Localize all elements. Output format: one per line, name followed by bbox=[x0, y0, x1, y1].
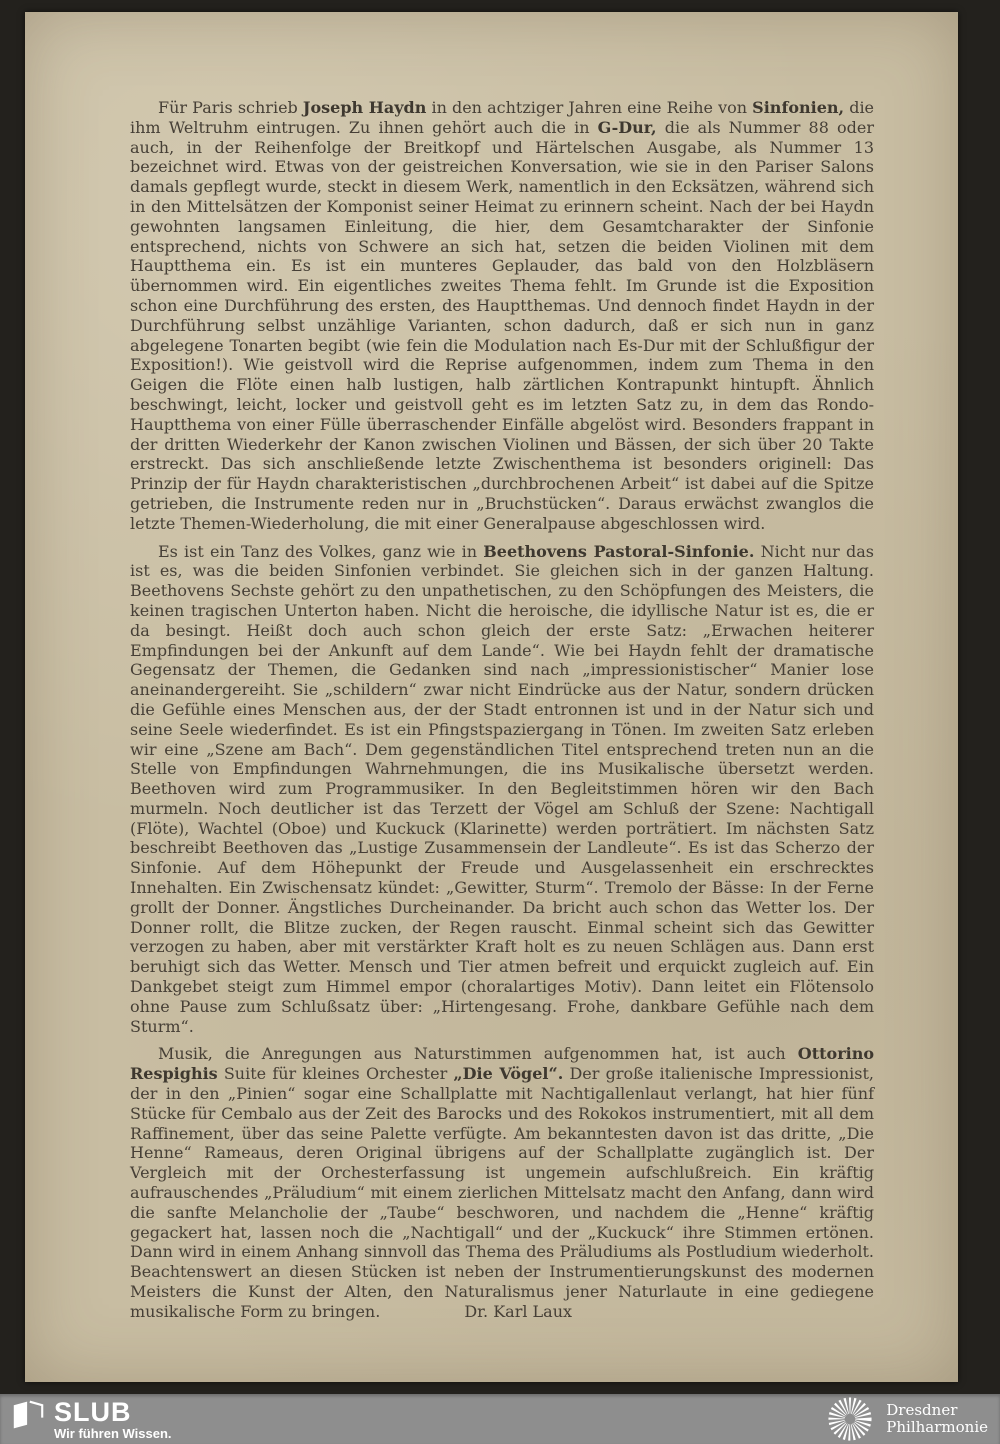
program-notes-text: Für Paris schrieb Joseph Haydn in den ac… bbox=[130, 98, 874, 1322]
slub-logo-text: SLUB bbox=[54, 1397, 172, 1427]
philharmonie-text-block: Dresdner Philharmonie bbox=[886, 1402, 988, 1436]
text-segment: Für Paris schrieb bbox=[158, 98, 303, 117]
text-segment: Der große italienische Impressionist, de… bbox=[130, 1064, 874, 1321]
slub-text-block: SLUB Wir führen Wissen. bbox=[54, 1397, 172, 1441]
text-segment-bold: Joseph Haydn bbox=[303, 98, 426, 117]
philharmonie-branding: Dresdner Philharmonie bbox=[827, 1396, 988, 1442]
text-segment: in den achtziger Jahren eine Reihe von bbox=[426, 98, 752, 117]
text-segment-bold: „Die Vögel“. bbox=[453, 1064, 563, 1083]
slub-tagline: Wir führen Wissen. bbox=[54, 1427, 172, 1441]
sunburst-icon bbox=[827, 1396, 873, 1442]
text-segment-bold: Sinfonien, bbox=[752, 98, 844, 117]
text-segment: die als Nummer 88 oder auch, in der Reih… bbox=[130, 118, 874, 533]
text-segment: Nicht nur das ist es, was die beiden Sin… bbox=[130, 542, 874, 1036]
paragraph-haydn: Für Paris schrieb Joseph Haydn in den ac… bbox=[130, 98, 874, 534]
text-segment: Suite für kleines Orchester bbox=[218, 1064, 454, 1083]
philharmonie-name-line1: Dresdner bbox=[886, 1402, 988, 1419]
slub-branding: SLUB Wir führen Wissen. bbox=[12, 1397, 172, 1441]
author-signature: Dr. Karl Laux bbox=[464, 1302, 572, 1322]
paragraph-beethoven: Es ist ein Tanz des Volkes, ganz wie in … bbox=[130, 542, 874, 1037]
text-segment: Musik, die Anregungen aus Naturstimmen a… bbox=[158, 1044, 798, 1063]
philharmonie-name-line2: Philharmonie bbox=[886, 1419, 988, 1436]
text-segment: Es ist ein Tanz des Volkes, ganz wie in bbox=[158, 542, 483, 561]
scanned-page: Für Paris schrieb Joseph Haydn in den ac… bbox=[25, 12, 958, 1382]
text-segment-bold: G-Dur, bbox=[598, 118, 657, 137]
text-segment-bold: Beethovens Pastoral-Sinfonie. bbox=[483, 542, 754, 561]
open-book-icon bbox=[12, 1399, 44, 1431]
paragraph-respighi: Musik, die Anregungen aus Naturstimmen a… bbox=[130, 1044, 874, 1321]
footer-bar: SLUB Wir führen Wissen. Dresdner Philhar… bbox=[0, 1394, 1000, 1444]
